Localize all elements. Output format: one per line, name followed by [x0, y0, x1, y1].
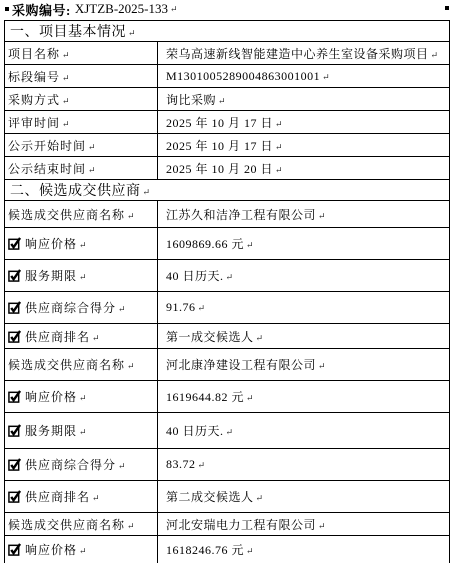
checkbox-checked-icon: [8, 458, 21, 471]
row-value: 第二成交候选人: [166, 490, 254, 504]
checkbox-checked-icon: [8, 424, 21, 437]
return-mark-icon: ↵: [118, 461, 126, 471]
row-label: 标段编号: [8, 70, 60, 84]
row-value-cell: 1618246.76 元↵: [158, 536, 450, 563]
table-row: 公示开始时间↵ 2025 年 10 月 17 日↵: [5, 134, 450, 157]
return-mark-icon: ↵: [62, 96, 70, 106]
return-mark-icon: ↵: [118, 304, 126, 314]
return-mark-icon: ↵: [170, 4, 178, 15]
row-label-cell: 响应价格↵: [5, 381, 158, 413]
return-mark-icon: ↵: [318, 211, 326, 221]
row-label-cell: 公示开始时间↵: [5, 134, 158, 157]
checkbox-checked-icon: [8, 301, 21, 314]
return-mark-icon: ↵: [62, 50, 70, 60]
row-value: 河北康净建设工程有限公司: [166, 358, 316, 372]
row-label-cell: 采购方式↵: [5, 88, 158, 111]
section-title: 一、项目基本情况: [10, 25, 126, 40]
row-label: 响应价格: [25, 390, 77, 404]
row-value: 河北安瑞电力工程有限公司: [166, 518, 316, 532]
row-label-cell: 服务期限↵: [5, 260, 158, 292]
table-row: 公示结束时间↵ 2025 年 10 月 20 日↵: [5, 157, 450, 180]
table-row: 服务期限↵ 40 日历天.↵: [5, 260, 450, 292]
row-value-cell: 第二成交候选人↵: [158, 481, 450, 513]
row-label: 公示结束时间: [8, 162, 86, 176]
row-value-cell: 第一成交候选人↵: [158, 324, 450, 349]
row-value-cell: 江苏久和洁净工程有限公司↵: [158, 201, 450, 228]
row-value-cell: 2025 年 10 月 17 日↵: [158, 134, 450, 157]
return-mark-icon: ↵: [256, 493, 264, 503]
row-value: M1301005289004863001001: [166, 69, 320, 83]
row-label: 候选成交供应商名称: [8, 208, 125, 222]
return-mark-icon: ↵: [143, 187, 151, 197]
table-row: 候选成交供应商名称↵ 江苏久和洁净工程有限公司↵: [5, 201, 450, 228]
section-title-cell: 二、候选成交供应商↵: [5, 180, 450, 201]
table-row: 采购方式↵ 询比采购↵: [5, 88, 450, 111]
section-header-row: 二、候选成交供应商↵: [5, 180, 450, 201]
row-value-cell: 2025 年 10 月 20 日↵: [158, 157, 450, 180]
return-mark-icon: ↵: [275, 165, 283, 175]
table-row: 项目名称↵ 荣乌高速新线智能建造中心养生室设备采购项目↵: [5, 42, 450, 65]
return-mark-icon: ↵: [79, 546, 87, 556]
row-value: 2025 年 10 月 17 日: [166, 139, 273, 153]
row-value: 询比采购: [166, 93, 216, 107]
return-mark-icon: ↵: [246, 546, 254, 556]
return-mark-icon: ↵: [128, 28, 136, 38]
row-value-cell: 询比采购↵: [158, 88, 450, 111]
row-value: 40 日历天.: [166, 424, 224, 438]
return-mark-icon: ↵: [127, 361, 135, 371]
row-label-cell: 候选成交供应商名称↵: [5, 513, 158, 536]
row-label-cell: 服务期限↵: [5, 413, 158, 449]
row-label: 供应商综合得分: [25, 301, 116, 315]
row-label: 响应价格: [25, 543, 77, 557]
row-label-cell: 项目名称↵: [5, 42, 158, 65]
row-value: 2025 年 10 月 20 日: [166, 162, 273, 176]
heading-value: XJTZB-2025-133: [75, 1, 168, 17]
row-value-cell: 1619644.82 元↵: [158, 381, 450, 413]
row-label-cell: 标段编号↵: [5, 65, 158, 88]
row-value: 1609869.66 元: [166, 237, 244, 251]
doc-heading: 采购编号: XJTZB-2025-133 ↵: [5, 1, 178, 17]
row-value-cell: 2025 年 10 月 17 日↵: [158, 111, 450, 134]
return-mark-icon: ↵: [226, 427, 234, 437]
table-row: 响应价格↵ 1618246.76 元↵: [5, 536, 450, 563]
row-label: 供应商综合得分: [25, 458, 116, 472]
bullet-square-icon: [5, 7, 9, 11]
table-row: 响应价格↵ 1619644.82 元↵: [5, 381, 450, 413]
row-value-cell: 荣乌高速新线智能建造中心养生室设备采购项目↵: [158, 42, 450, 65]
row-value: 荣乌高速新线智能建造中心养生室设备采购项目: [166, 47, 429, 61]
return-mark-icon: ↵: [218, 96, 226, 106]
heading-label: 采购编号:: [12, 0, 71, 19]
return-mark-icon: ↵: [275, 142, 283, 152]
row-value: 1619644.82 元: [166, 390, 244, 404]
row-value: 1618246.76 元: [166, 543, 244, 557]
return-mark-icon: ↵: [79, 240, 87, 250]
return-mark-icon: ↵: [92, 493, 100, 503]
corner-square-icon: [445, 6, 449, 10]
row-value-cell: 河北康净建设工程有限公司↵: [158, 349, 450, 381]
table-row: 供应商排名↵ 第一成交候选人↵: [5, 324, 450, 349]
checkbox-checked-icon: [8, 269, 21, 282]
table-row: 候选成交供应商名称↵ 河北安瑞电力工程有限公司↵: [5, 513, 450, 536]
row-value-cell: 河北安瑞电力工程有限公司↵: [158, 513, 450, 536]
return-mark-icon: ↵: [79, 427, 87, 437]
return-mark-icon: ↵: [79, 393, 87, 403]
row-value-cell: 40 日历天.↵: [158, 260, 450, 292]
return-mark-icon: ↵: [246, 393, 254, 403]
table-row: 评审时间↵ 2025 年 10 月 17 日↵: [5, 111, 450, 134]
return-mark-icon: ↵: [318, 521, 326, 531]
return-mark-icon: ↵: [88, 142, 96, 152]
row-value: 40 日历天.: [166, 269, 224, 283]
return-mark-icon: ↵: [62, 73, 70, 83]
row-label-cell: 候选成交供应商名称↵: [5, 201, 158, 228]
row-label: 供应商排名: [25, 490, 90, 504]
row-label: 候选成交供应商名称: [8, 358, 125, 372]
table-row: 响应价格↵ 1609869.66 元↵: [5, 228, 450, 260]
row-value-cell: 91.76↵: [158, 292, 450, 324]
row-label: 候选成交供应商名称: [8, 518, 125, 532]
return-mark-icon: ↵: [127, 211, 135, 221]
checkbox-checked-icon: [8, 543, 21, 556]
return-mark-icon: ↵: [318, 361, 326, 371]
table-row: 供应商综合得分↵ 91.76↵: [5, 292, 450, 324]
row-label-cell: 响应价格↵: [5, 536, 158, 563]
return-mark-icon: ↵: [79, 272, 87, 282]
section-title-cell: 一、项目基本情况↵: [5, 21, 450, 42]
row-value: 91.76: [166, 300, 196, 314]
row-value: 江苏久和洁净工程有限公司: [166, 208, 316, 222]
checkbox-checked-icon: [8, 237, 21, 250]
section-header-row: 一、项目基本情况↵: [5, 21, 450, 42]
row-label-cell: 供应商综合得分↵: [5, 449, 158, 481]
return-mark-icon: ↵: [198, 303, 206, 313]
return-mark-icon: ↵: [198, 460, 206, 470]
row-label-cell: 评审时间↵: [5, 111, 158, 134]
return-mark-icon: ↵: [92, 333, 100, 343]
row-value-cell: 40 日历天.↵: [158, 413, 450, 449]
row-label-cell: 响应价格↵: [5, 228, 158, 260]
row-value-cell: M1301005289004863001001↵: [158, 65, 450, 88]
row-value: 83.72: [166, 457, 196, 471]
table-row: 供应商排名↵ 第二成交候选人↵: [5, 481, 450, 513]
checkbox-checked-icon: [8, 390, 21, 403]
row-label-cell: 供应商排名↵: [5, 324, 158, 349]
table-row: 供应商综合得分↵ 83.72↵: [5, 449, 450, 481]
row-label: 响应价格: [25, 237, 77, 251]
return-mark-icon: ↵: [246, 240, 254, 250]
row-label-cell: 候选成交供应商名称↵: [5, 349, 158, 381]
row-value: 第一成交候选人: [166, 330, 254, 344]
return-mark-icon: ↵: [322, 72, 330, 82]
return-mark-icon: ↵: [431, 50, 439, 60]
checkbox-checked-icon: [8, 330, 21, 343]
table-row: 服务期限↵ 40 日历天.↵: [5, 413, 450, 449]
checkbox-checked-icon: [8, 490, 21, 503]
row-label: 评审时间: [8, 116, 60, 130]
section-title: 二、候选成交供应商: [10, 184, 141, 199]
row-label-cell: 公示结束时间↵: [5, 157, 158, 180]
return-mark-icon: ↵: [226, 272, 234, 282]
table-row: 标段编号↵ M1301005289004863001001↵: [5, 65, 450, 88]
row-label-cell: 供应商排名↵: [5, 481, 158, 513]
return-mark-icon: ↵: [275, 119, 283, 129]
row-label: 项目名称: [8, 47, 60, 61]
return-mark-icon: ↵: [88, 165, 96, 175]
row-label: 公示开始时间: [8, 139, 86, 153]
procurement-table: 一、项目基本情况↵ 项目名称↵ 荣乌高速新线智能建造中心养生室设备采购项目↵ 标…: [4, 20, 450, 563]
row-value: 2025 年 10 月 17 日: [166, 116, 273, 130]
row-label: 采购方式: [8, 93, 60, 107]
return-mark-icon: ↵: [256, 333, 264, 343]
row-value-cell: 1609869.66 元↵: [158, 228, 450, 260]
table-row: 候选成交供应商名称↵ 河北康净建设工程有限公司↵: [5, 349, 450, 381]
row-label-cell: 供应商综合得分↵: [5, 292, 158, 324]
return-mark-icon: ↵: [62, 119, 70, 129]
row-value-cell: 83.72↵: [158, 449, 450, 481]
row-label: 服务期限: [25, 269, 77, 283]
return-mark-icon: ↵: [127, 521, 135, 531]
row-label: 供应商排名: [25, 330, 90, 344]
row-label: 服务期限: [25, 424, 77, 438]
